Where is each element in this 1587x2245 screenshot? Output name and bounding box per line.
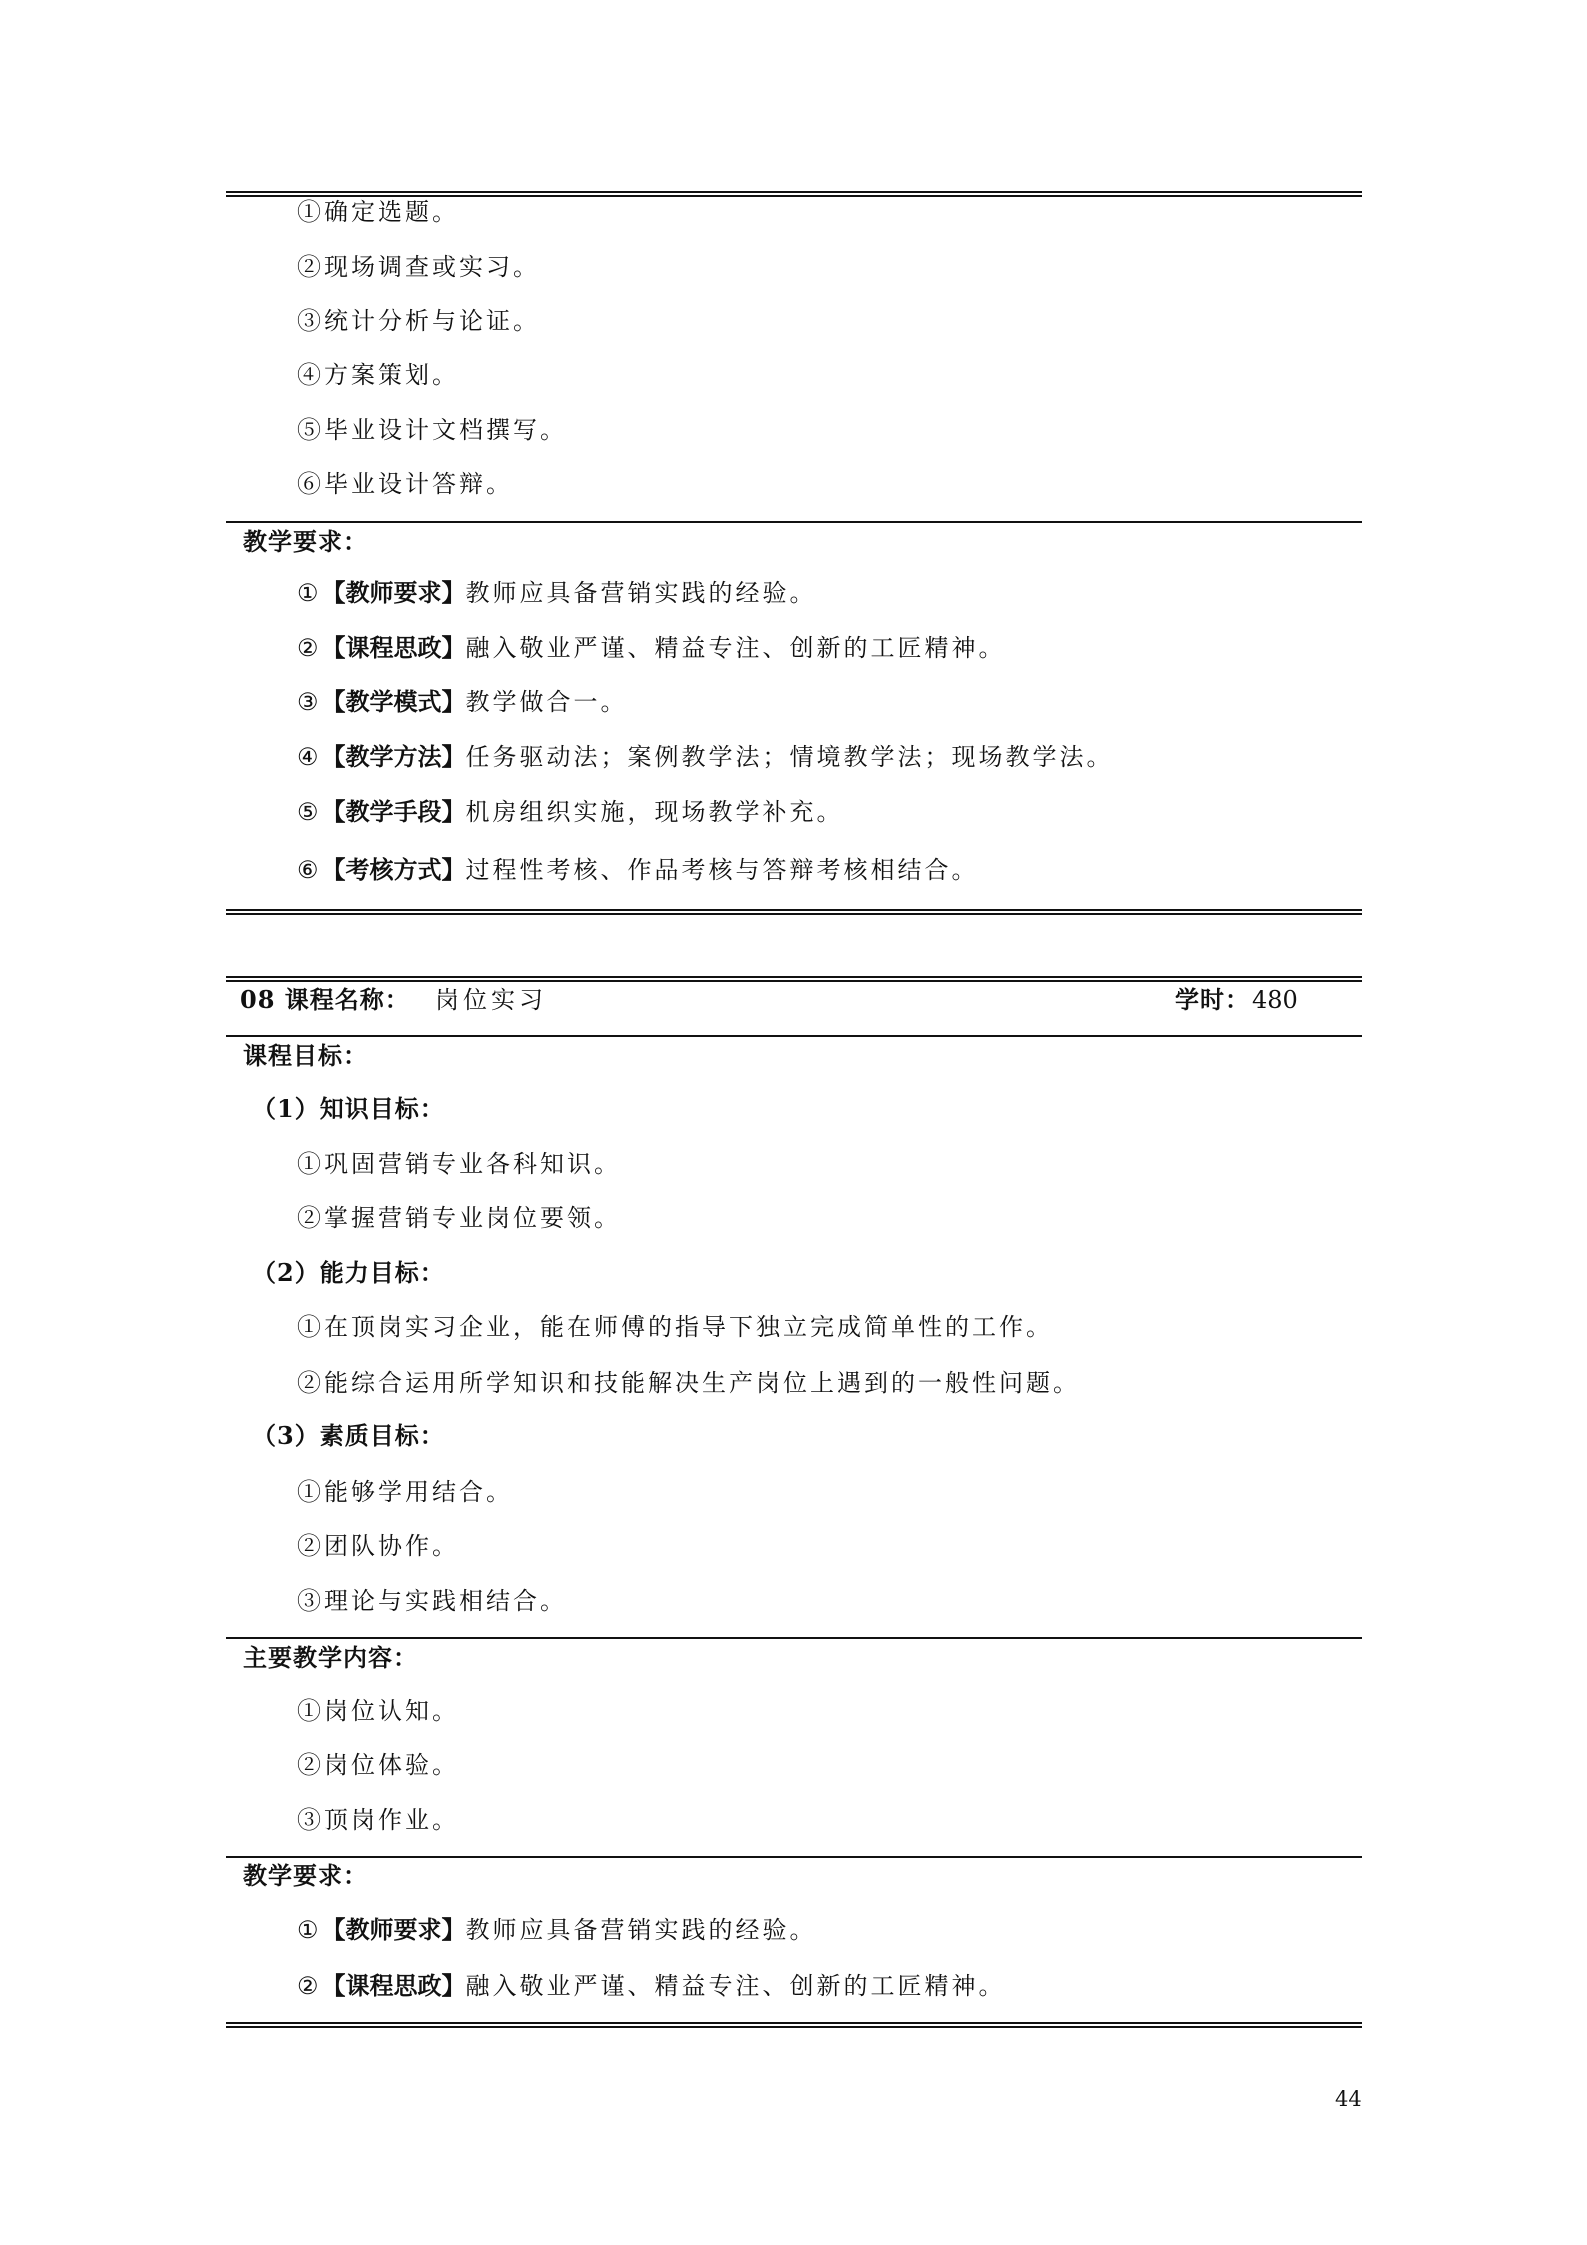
content-item: ①确定选题。 <box>297 192 459 232</box>
requirement-tag: 【教学模式】 <box>322 687 466 716</box>
section-divider <box>226 1856 1362 1858</box>
requirement-number: ② <box>297 1972 322 2000</box>
requirement-tag: 【教学方法】 <box>322 742 466 771</box>
requirement-text: 教师应具备营销实践的经验。 <box>466 1916 817 1944</box>
requirement-item: ④【教学方法】任务驱动法；案例教学法；情境教学法；现场教学法。 <box>297 737 1114 777</box>
requirement-number: ② <box>297 634 322 662</box>
content-item: ②现场调查或实习。 <box>297 247 540 287</box>
requirement-number: ⑥ <box>297 856 322 884</box>
course-hours-label: 学时： <box>1175 980 1250 1020</box>
ability-objectives-heading: （2）能力目标： <box>252 1253 445 1293</box>
knowledge-item: ②掌握营销专业岗位要领。 <box>297 1198 621 1238</box>
requirement-tag: 【课程思政】 <box>322 1971 466 2000</box>
requirement-text: 机房组织实施，现场教学补充。 <box>466 798 844 826</box>
requirement-number: ③ <box>297 688 322 716</box>
requirement-text: 融入敬业严谨、精益专注、创新的工匠精神。 <box>466 1972 1006 2000</box>
quality-item: ①能够学用结合。 <box>297 1472 513 1512</box>
requirement-text: 过程性考核、作品考核与答辩考核相结合。 <box>466 856 979 884</box>
requirement-number: ① <box>297 1916 322 1944</box>
requirement-tag: 【考核方式】 <box>322 855 466 884</box>
requirement-item: ①【教师要求】教师应具备营销实践的经验。 <box>297 573 817 613</box>
requirement-text: 教学做合一。 <box>466 688 628 716</box>
requirement-item: ⑥【考核方式】过程性考核、作品考核与答辩考核相结合。 <box>297 850 979 890</box>
content-item: ③统计分析与论证。 <box>297 301 540 341</box>
requirement-text: 任务驱动法；案例教学法；情境教学法；现场教学法。 <box>466 743 1114 771</box>
quality-item: ②团队协作。 <box>297 1526 459 1566</box>
course-hours-value: 480 <box>1252 980 1298 1020</box>
quality-item: ③理论与实践相结合。 <box>297 1581 567 1621</box>
table-bottom-double-rule <box>226 909 1362 915</box>
requirement-text: 教师应具备营销实践的经验。 <box>466 579 817 607</box>
knowledge-item: ①巩固营销专业各科知识。 <box>297 1144 621 1184</box>
content-item: ①岗位认知。 <box>297 1691 459 1731</box>
ability-item: ②能综合运用所学知识和技能解决生产岗位上遇到的一般性问题。 <box>297 1363 1080 1403</box>
content-item: ④方案策划。 <box>297 355 459 395</box>
course-table-bottom-double-rule <box>226 2022 1362 2028</box>
requirement-tag: 【教师要求】 <box>322 578 466 607</box>
requirement-item: ③【教学模式】教学做合一。 <box>297 682 628 722</box>
requirement-item: ⑤【教学手段】机房组织实施，现场教学补充。 <box>297 792 844 832</box>
content-item: ⑤毕业设计文档撰写。 <box>297 410 567 450</box>
content-item: ⑥毕业设计答辩。 <box>297 464 513 504</box>
course-name: 岗位实习 <box>435 980 547 1020</box>
requirement-item: ②【课程思政】融入敬业严谨、精益专注、创新的工匠精神。 <box>297 1966 1006 2006</box>
requirement-number: ⑤ <box>297 798 322 826</box>
requirement-number: ① <box>297 579 322 607</box>
requirement-number: ④ <box>297 743 322 771</box>
content-item: ③顶岗作业。 <box>297 1800 459 1840</box>
section-divider <box>226 521 1362 523</box>
requirement-text: 融入敬业严谨、精益专注、创新的工匠精神。 <box>466 634 1006 662</box>
requirement-tag: 【教学手段】 <box>322 797 466 826</box>
requirement-item: ①【教师要求】教师应具备营销实践的经验。 <box>297 1910 817 1950</box>
course-name-label: 08 课程名称： <box>240 980 410 1020</box>
quality-objectives-heading: （3）素质目标： <box>252 1416 445 1456</box>
knowledge-objectives-heading: （1）知识目标： <box>252 1089 445 1129</box>
section-divider <box>226 1035 1362 1037</box>
page-number: 44 <box>1335 2086 1362 2112</box>
requirement-tag: 【教师要求】 <box>322 1915 466 1944</box>
requirement-tag: 【课程思政】 <box>322 633 466 662</box>
main-content-heading: 主要教学内容： <box>243 1638 418 1678</box>
requirement-item: ②【课程思政】融入敬业严谨、精益专注、创新的工匠精神。 <box>297 628 1006 668</box>
course-objectives-heading: 课程目标： <box>243 1036 368 1076</box>
content-item: ②岗位体验。 <box>297 1745 459 1785</box>
teaching-requirements-heading: 教学要求： <box>243 522 368 562</box>
teaching-requirements-heading: 教学要求： <box>243 1856 368 1896</box>
ability-item: ①在顶岗实习企业，能在师傅的指导下独立完成简单性的工作。 <box>297 1307 1053 1347</box>
